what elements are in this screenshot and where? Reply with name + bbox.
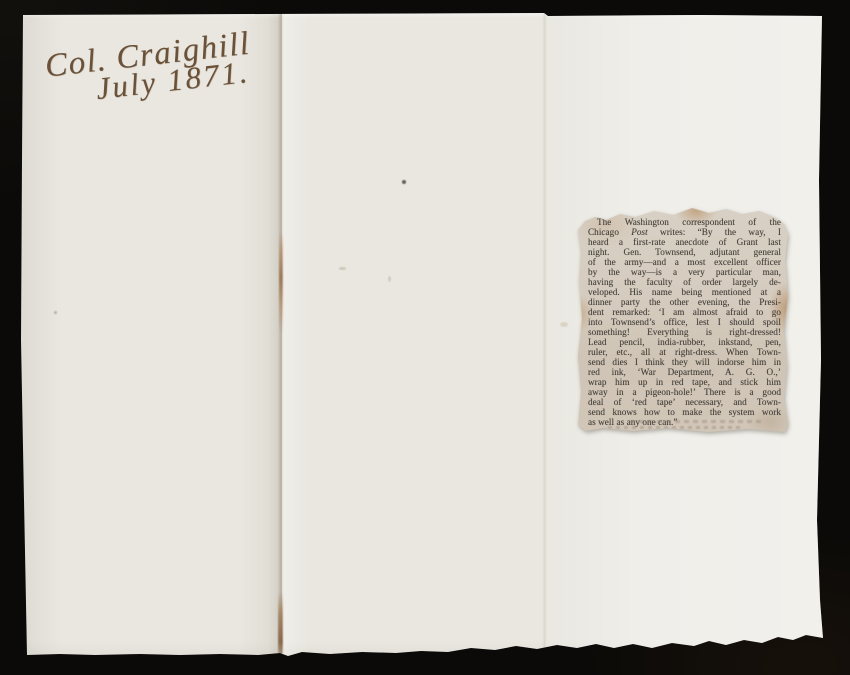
- fold-crease-right: [543, 13, 546, 653]
- clipping-line: ruler, etc., all at right-dress. When To…: [588, 347, 781, 357]
- clipping-line: send knows how to make the system work: [588, 407, 781, 417]
- fold-stain-upper: [279, 232, 283, 334]
- clipping-line: away in a pigeon-hole!’ There is a good: [588, 387, 781, 397]
- paper-smudge: [388, 276, 391, 282]
- clipping-line: dent remarked: ‘I am almost afraid to go: [588, 307, 781, 317]
- clipping-line: wrap him up in red tape, and stick him: [588, 377, 781, 387]
- clipping-line: dinner party the other evening, the Pres…: [588, 297, 781, 307]
- clipping-paper: The Washington correspondent of theChica…: [578, 206, 788, 432]
- clipping-line: into Townsend’s office, lest I should sp…: [588, 317, 781, 327]
- clipping-line: heard a first-rate anecdote of Grant las…: [588, 237, 781, 247]
- paper-speck: [54, 311, 57, 314]
- clipping-line: veloped. His name being mentioned at a: [588, 287, 781, 297]
- clipping-line: by the way—is a very particular man,: [588, 267, 781, 277]
- clipping-line: Chicago Post writes: “By the way, I: [588, 227, 781, 237]
- fold-stain-lower: [278, 592, 283, 654]
- clipping-line: something! Everything is right-dressed!: [588, 327, 781, 337]
- letter-sheet: Col. Craighill July 1871. The Washington…: [0, 0, 850, 675]
- ghost-text-smudge: [590, 420, 762, 430]
- newspaper-clipping: The Washington correspondent of theChica…: [578, 206, 788, 432]
- clipping-line: of the army—and a most excellent officer: [588, 257, 781, 267]
- ink-speck: [402, 180, 406, 184]
- clipping-line: night. Gen. Townsend, adjutant general: [588, 247, 781, 257]
- photograph-background: Col. Craighill July 1871. The Washington…: [0, 0, 850, 675]
- clipping-line: The Washington correspondent of the: [588, 217, 781, 227]
- handwritten-inscription: Col. Craighill July 1871.: [43, 19, 309, 112]
- paper-smudge: [339, 267, 346, 270]
- fold-crease-left: [278, 14, 284, 656]
- paste-stain: [560, 322, 568, 327]
- clipping-text: The Washington correspondent of theChica…: [588, 217, 781, 427]
- clipping-line: red ink, ‘War Department, A. G. O.,’: [588, 367, 781, 377]
- clipping-line: having the faculty of order largely de-: [588, 277, 781, 287]
- clipping-line: send dies I think they will indorse him …: [588, 357, 781, 367]
- clipping-line: deal of ‘red tape’ necessary, and Town-: [588, 397, 781, 407]
- clipping-line: Lead pencil, india-rubber, inkstand, pen…: [588, 337, 781, 347]
